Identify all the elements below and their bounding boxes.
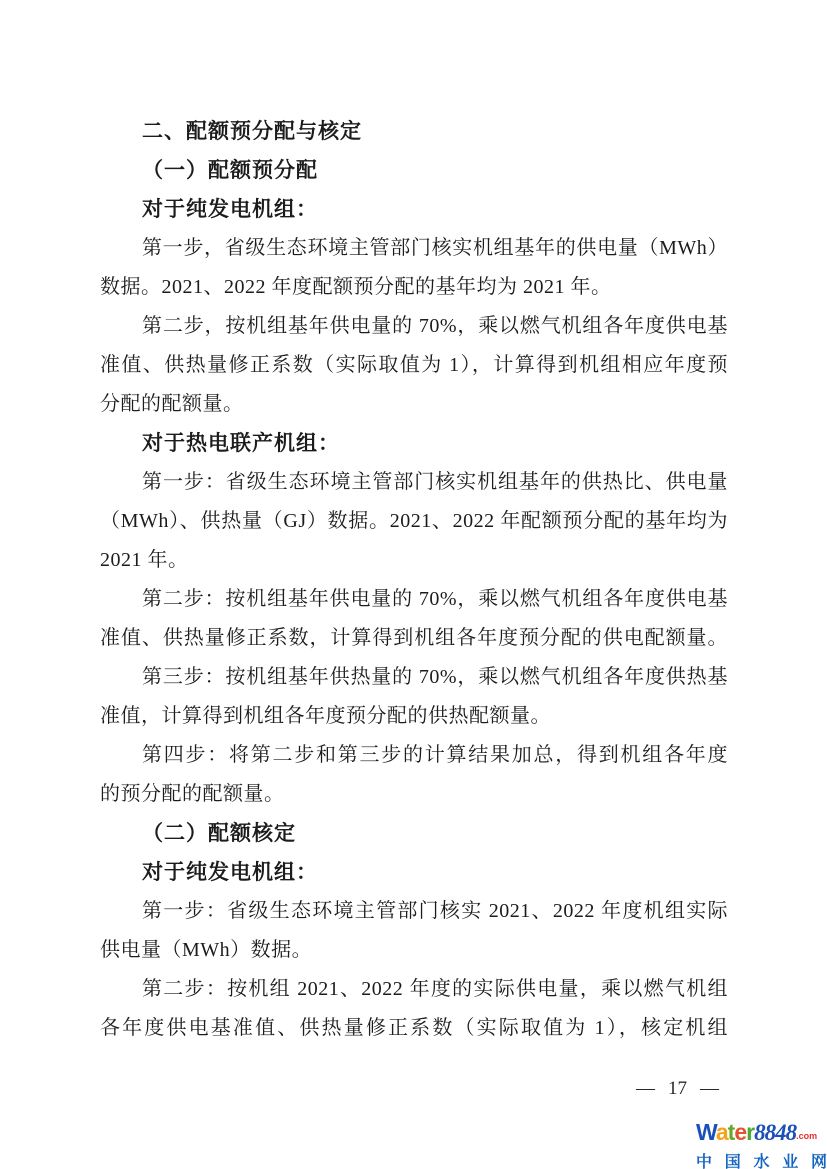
heading-quota-preallocation: （一）配额预分配	[100, 151, 728, 190]
doc-line: 第二步：按机组基年供电量的 70%，乘以燃气机组各年度供电基	[100, 580, 728, 619]
label-pure-generation-units: 对于纯发电机组：	[100, 190, 728, 229]
doc-line: 准值、供热量修正系数（实际取值为 1），计算得到机组相应年度预	[100, 346, 728, 385]
doc-line: 第一步：省级生态环境主管部门核实 2021、2022 年度机组实际	[100, 892, 728, 931]
doc-line: 供电量（MWh）数据。	[100, 931, 728, 970]
doc-body: 二、配额预分配与核定 （一）配额预分配 对于纯发电机组： 第一步，省级生态环境主…	[100, 112, 728, 1048]
doc-line: 第四步：将第二步和第三步的计算结果加总，得到机组各年度	[100, 736, 728, 775]
footer-dash-right: —	[700, 1078, 719, 1099]
document-page: 二、配额预分配与核定 （一）配额预分配 对于纯发电机组： 第一步，省级生态环境主…	[0, 0, 827, 1169]
page-number: 17	[668, 1078, 687, 1099]
logo-letter: r	[746, 1119, 754, 1145]
doc-line: 准值、供热量修正系数，计算得到机组各年度预分配的供电配额量。	[100, 619, 728, 658]
logo-dotcom: .com	[796, 1131, 817, 1141]
logo-letter: a	[716, 1119, 728, 1145]
doc-line: 分配的配额量。	[100, 385, 728, 424]
logo-letter: e	[734, 1119, 746, 1145]
doc-line: 2021 年。	[100, 541, 728, 580]
logo-tagline: 中国水业网	[696, 1149, 827, 1169]
doc-line: 的预分配的配额量。	[100, 775, 728, 814]
doc-line: 第一步：省级生态环境主管部门核实机组基年的供热比、供电量	[100, 463, 728, 502]
logo-letter: W	[696, 1119, 716, 1145]
doc-line: 第二步：按机组 2021、2022 年度的实际供电量，乘以燃气机组	[100, 970, 728, 1009]
doc-line: 第二步，按机组基年供电量的 70%，乘以燃气机组各年度供电基	[100, 307, 728, 346]
doc-line: 第三步：按机组基年供热量的 70%，乘以燃气机组各年度供热基	[100, 658, 728, 697]
logo-brand-row: Water8848.com	[696, 1118, 827, 1147]
doc-line: （MWh）、供热量（GJ）数据。2021、2022 年配额预分配的基年均为	[100, 502, 728, 541]
logo-8848-number: 8848	[754, 1120, 796, 1145]
doc-line: 第一步，省级生态环境主管部门核实机组基年的供电量（MWh）	[100, 229, 728, 268]
doc-line: 数据。2021、2022 年度配额预分配的基年均为 2021 年。	[100, 268, 728, 307]
label-pure-generation-units-2: 对于纯发电机组：	[100, 853, 728, 892]
doc-line: 准值，计算得到机组各年度预分配的供热配额量。	[100, 697, 728, 736]
heading-section-two: 二、配额预分配与核定	[100, 112, 728, 151]
watermark-logo: Water8848.com 中国水业网	[696, 1118, 827, 1169]
doc-line: 各年度供电基准值、供热量修正系数（实际取值为 1），核定机组	[100, 1009, 728, 1048]
logo-water-wordmark: Water	[696, 1119, 754, 1145]
page-footer: —17—	[636, 1078, 719, 1100]
label-chp-units: 对于热电联产机组：	[100, 424, 728, 463]
heading-quota-verification: （二）配额核定	[100, 814, 728, 853]
footer-dash-left: —	[636, 1078, 655, 1099]
